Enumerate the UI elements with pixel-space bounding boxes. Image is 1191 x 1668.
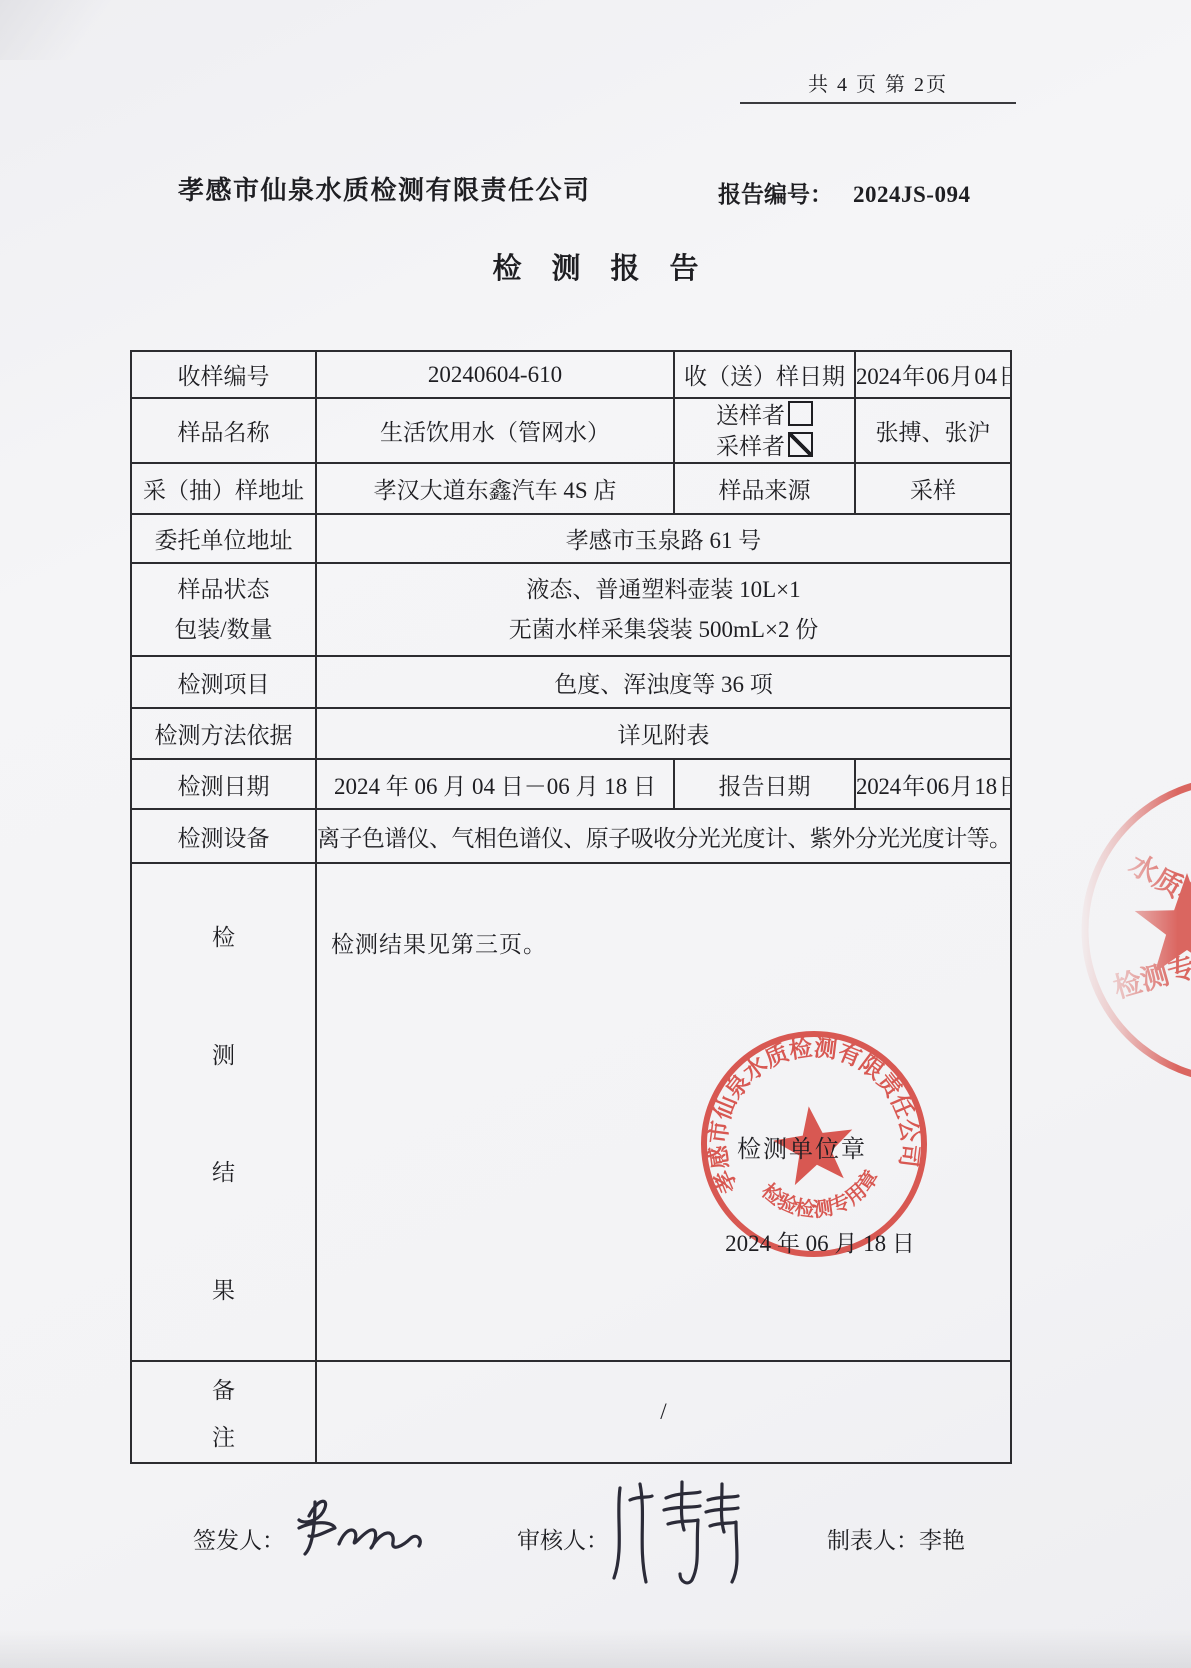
table-row: 样品名称 生活饮用水（管网水） 送样者 采样者 张搏、张沪 [131, 398, 1011, 463]
issuer-label: 签发人： [193, 1522, 285, 1555]
table-row: 检测方法依据 详见附表 [131, 708, 1011, 759]
partial-seal-stamp: 水质检 检测专用 [1075, 770, 1191, 1090]
table-row: 备 注 / [131, 1361, 1011, 1463]
test-items-label: 检测项目 [131, 656, 316, 708]
result-label-char: 果 [212, 1272, 235, 1305]
sampler-option: 采样者 [675, 431, 854, 462]
sample-no-label: 收样编号 [131, 351, 316, 398]
result-content-cell: 检测结果见第三页。 孝感市仙泉水质检测有限责任公司 检验检测专用章 [316, 863, 1011, 1361]
report-number-value: 2024JS-094 [853, 182, 970, 207]
report-number: 报告编号：2024JS-094 [718, 176, 970, 209]
sampling-address-value: 孝汉大道东鑫汽车 4S 店 [316, 463, 674, 514]
sample-state-label-line2: 包装/数量 [132, 610, 315, 650]
document-title: 检测报告 [0, 246, 1191, 287]
test-method-label: 检测方法依据 [131, 708, 316, 759]
table-row: 检测设备 离子色谱仪、气相色谱仪、原子吸收分光光度计、紫外分光光度计等。 [131, 809, 1011, 863]
remark-value: / [316, 1361, 1011, 1463]
result-label-char: 检 [212, 919, 235, 952]
remark-label-char: 备 [212, 1372, 235, 1405]
page-count-underline [740, 102, 1016, 104]
sample-no-value: 20240604-610 [316, 351, 674, 398]
table-row: 委托单位地址 孝感市玉泉路 61 号 [131, 514, 1011, 563]
table-row: 采（抽）样地址 孝汉大道东鑫汽车 4S 店 样品来源 采样 [131, 463, 1011, 514]
checkbox-unchecked-icon [788, 401, 813, 426]
remark-label-stack: 备 注 [132, 1365, 315, 1459]
reviewer-signature [600, 1472, 745, 1592]
result-label-char: 结 [212, 1154, 235, 1187]
stamp-date: 2024 年 06 月 18 日 [725, 1225, 915, 1258]
result-note-text: 检测结果见第三页。 [331, 926, 547, 959]
sender-option-label: 送样者 [716, 403, 785, 428]
sample-state-label-line1: 样品状态 [132, 570, 315, 610]
table-row: 检测日期 2024 年 06 月 04 日－06 月 18 日 报告日期 202… [131, 759, 1011, 809]
sample-name-label: 样品名称 [131, 398, 316, 463]
tabulator-name: 李艳 [919, 1528, 965, 1553]
table-row: 样品状态 包装/数量 液态、普通塑料壶装 10L×1 无菌水样采集袋装 500m… [131, 563, 1011, 656]
table-row: 检测项目 色度、浑浊度等 36 项 [131, 656, 1011, 708]
sample-state-line1: 液态、普通塑料壶装 10L×1 [317, 570, 1010, 610]
tabulator-label-group: 制表人：李艳 [827, 1522, 965, 1555]
receive-date-value: 2024 年 06 月 04 日 [855, 351, 1011, 398]
report-number-label: 报告编号： [718, 182, 833, 207]
sampling-address-label: 采（抽）样地址 [131, 463, 316, 514]
result-label-stack: 检 测 结 果 [132, 877, 315, 1347]
remark-label-char: 注 [212, 1419, 235, 1452]
sample-state-line2: 无菌水样采集袋装 500mL×2 份 [317, 610, 1010, 650]
receive-date-label: 收（送）样日期 [674, 351, 855, 398]
test-date-value: 2024 年 06 月 04 日－06 月 18 日 [316, 759, 674, 809]
paper-shadow [0, 1628, 1191, 1668]
sampler-options-cell: 送样者 采样者 [674, 398, 855, 463]
sampler-option-label: 采样者 [716, 434, 785, 459]
sender-option: 送样者 [675, 400, 854, 431]
table-row: 收样编号 20240604-610 收（送）样日期 2024 年 06 月 04… [131, 351, 1011, 398]
sample-state-label: 样品状态 包装/数量 [131, 563, 316, 656]
client-address-value: 孝感市玉泉路 61 号 [316, 514, 1011, 563]
client-address-label: 委托单位地址 [131, 514, 316, 563]
page-count-info: 共 4 页 第 2页 [740, 68, 1016, 97]
sample-name-value: 生活饮用水（管网水） [316, 398, 674, 463]
personnel-value: 张搏、张沪 [855, 398, 1011, 463]
sample-source-label: 样品来源 [674, 463, 855, 514]
equipment-value: 离子色谱仪、气相色谱仪、原子吸收分光光度计、紫外分光光度计等。 [316, 809, 1011, 863]
result-label-char: 测 [212, 1037, 235, 1070]
report-page: 共 4 页 第 2页 孝感市仙泉水质检测有限责任公司 报告编号：2024JS-0… [0, 0, 1191, 1668]
result-vertical-label: 检 测 结 果 [131, 863, 316, 1361]
seal-fragment-top: 水质检 [1124, 848, 1191, 918]
unit-stamp-label: 检测单位章 [737, 1129, 867, 1164]
table-row: 检 测 结 果 检测结果见第三页。 孝感市仙泉水质检测有限责任公司 [131, 863, 1011, 1361]
issuer-signature [275, 1488, 450, 1573]
company-name: 孝感市仙泉水质检测有限责任公司 [178, 170, 591, 207]
report-date-label: 报告日期 [674, 759, 855, 809]
report-date-value: 2024 年 06 月 18 日 [855, 759, 1011, 809]
reviewer-label: 审核人： [517, 1522, 609, 1555]
report-table: 收样编号 20240604-610 收（送）样日期 2024 年 06 月 04… [130, 350, 1012, 1464]
remark-vertical-label: 备 注 [131, 1361, 316, 1463]
test-method-value: 详见附表 [316, 708, 1011, 759]
test-items-value: 色度、浑浊度等 36 项 [316, 656, 1011, 708]
sample-state-value: 液态、普通塑料壶装 10L×1 无菌水样采集袋装 500mL×2 份 [316, 563, 1011, 656]
test-date-label: 检测日期 [131, 759, 316, 809]
sample-source-value: 采样 [855, 463, 1011, 514]
paper-crease [0, 0, 130, 60]
checkbox-checked-icon [788, 432, 813, 457]
tabulator-label: 制表人： [827, 1528, 919, 1553]
equipment-label: 检测设备 [131, 809, 316, 863]
seal-bottom-text: 检验检测专用章 [755, 1163, 888, 1229]
